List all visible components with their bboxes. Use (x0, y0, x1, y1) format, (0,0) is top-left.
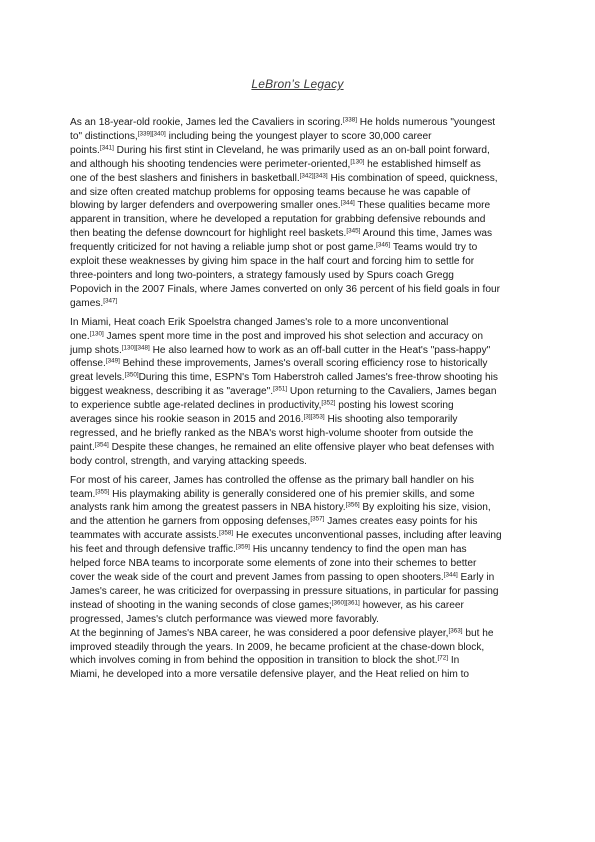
text-line: improved steadily through the years. In … (70, 641, 540, 655)
text-line: offense.[349] Behind these improvements,… (70, 357, 540, 371)
citation-reference: [342][343] (300, 172, 328, 179)
text-line: which involves coming in from behind the… (70, 654, 540, 668)
citation-reference: [355] (95, 488, 109, 495)
text-line: James's career, he was criticized for ov… (70, 585, 540, 599)
paragraph: At the beginning of James's NBA career, … (70, 627, 540, 683)
text-line: paint.[354] Despite these changes, he re… (70, 441, 540, 455)
citation-reference: [349] (106, 358, 120, 365)
citation-reference: [339][340] (138, 130, 166, 137)
citation-reference: [130] (90, 330, 104, 337)
text-line: jump shots.[130][348] He also learned ho… (70, 344, 540, 358)
text-line: Popovich in the 2007 Finals, where James… (70, 283, 540, 297)
citation-reference: [358] (219, 530, 233, 537)
document-page: LeBron’s Legacy As an 18-year-old rookie… (0, 0, 595, 842)
text-line: and although his shooting tendencies wer… (70, 158, 540, 172)
text-line: apparent in transition, where he develop… (70, 213, 540, 227)
text-line: and the attention he garners from opposi… (70, 515, 540, 529)
text-line: points.[341] During his first stint in C… (70, 144, 540, 158)
text-line: analysts rank him among the greatest pas… (70, 501, 540, 515)
text-line: instead of shooting in the waning second… (70, 599, 540, 613)
citation-reference: [344] (444, 571, 458, 578)
text-line: games.[347] (70, 297, 540, 311)
paragraph: For most of his career, James has contro… (70, 474, 540, 627)
citation-reference: [354] (95, 441, 109, 448)
citation-reference: [351] (273, 386, 287, 393)
text-line: his feet and through defensive traffic.[… (70, 543, 540, 557)
text-line: one of the best slashers and finishers i… (70, 172, 540, 186)
citation-reference: [72] (438, 655, 449, 662)
text-line: great levels.[350]During this time, ESPN… (70, 371, 540, 385)
citation-reference: [338] (343, 116, 357, 123)
text-line: body control, strength, and varying atta… (70, 455, 540, 469)
text-line: one.[130] James spent more time in the p… (70, 330, 540, 344)
document-title: LeBron’s Legacy (0, 77, 595, 91)
citation-reference: [360][361] (332, 599, 360, 606)
text-line: team.[355] His playmaking ability is gen… (70, 488, 540, 502)
text-line: Miami, he developed into a more versatil… (70, 668, 540, 682)
text-line: to experience subtle age-related decline… (70, 399, 540, 413)
text-line: In Miami, Heat coach Erik Spoelstra chan… (70, 316, 540, 330)
citation-reference: [344] (341, 200, 355, 207)
citation-reference: [341] (100, 144, 114, 151)
text-line: blowing by larger defenders and overpowe… (70, 199, 540, 213)
citation-reference: [363] (448, 627, 462, 634)
text-line: and size often created matchup problems … (70, 186, 540, 200)
citation-reference: [347] (103, 297, 117, 304)
paragraph: In Miami, Heat coach Erik Spoelstra chan… (70, 316, 540, 469)
text-line: teammates with accurate assists.[358] He… (70, 529, 540, 543)
text-line: As an 18-year-old rookie, James led the … (70, 116, 540, 130)
citation-reference: [352] (321, 400, 335, 407)
text-line: averages since his rookie season in 2015… (70, 413, 540, 427)
text-line: progressed, James's clutch performance w… (70, 613, 540, 627)
text-line: At the beginning of James's NBA career, … (70, 627, 540, 641)
text-line: to" distinctions,[339][340] including be… (70, 130, 540, 144)
text-line: regressed, and he briefly ranked as the … (70, 427, 540, 441)
document-body: As an 18-year-old rookie, James led the … (70, 116, 540, 687)
citation-reference: [130][348] (122, 344, 150, 351)
text-line: cover the weak side of the court and pre… (70, 571, 540, 585)
text-line: biggest weakness, describing it as "aver… (70, 385, 540, 399)
text-line: helped force NBA teams to incorporate so… (70, 557, 540, 571)
citation-reference: [345] (346, 228, 360, 235)
paragraph: As an 18-year-old rookie, James led the … (70, 116, 540, 311)
text-line: then beating the defense downcourt for h… (70, 227, 540, 241)
text-line: exploit these weaknesses by giving him s… (70, 255, 540, 269)
citation-reference: [130] (350, 158, 364, 165)
text-line: For most of his career, James has contro… (70, 474, 540, 488)
citation-reference: [3][353] (304, 413, 325, 420)
citation-reference: [359] (236, 544, 250, 551)
citation-reference: [346] (376, 242, 390, 249)
text-line: three-pointers and long two-pointers, a … (70, 269, 540, 283)
citation-reference: [350] (125, 372, 139, 379)
citation-reference: [356] (346, 502, 360, 509)
text-line: frequently criticized for not having a r… (70, 241, 540, 255)
citation-reference: [357] (310, 516, 324, 523)
